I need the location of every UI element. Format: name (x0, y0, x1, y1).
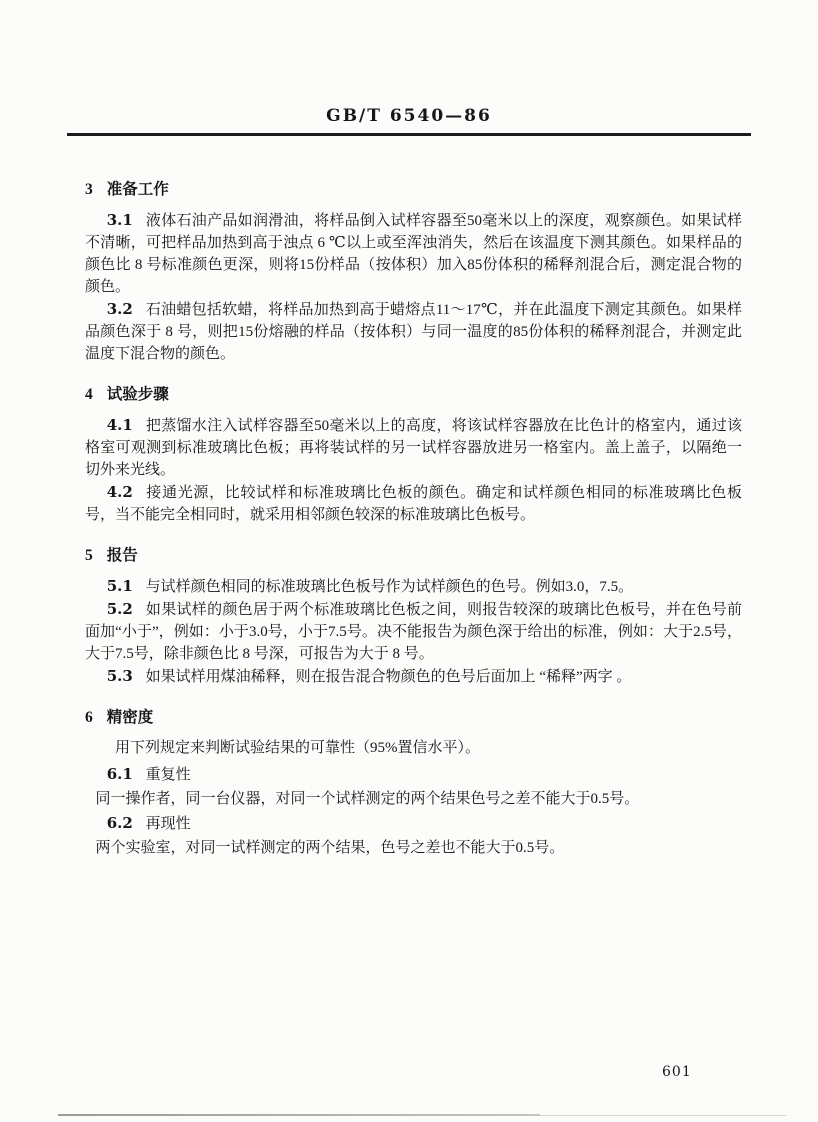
subsection-6-1-text: 同一操作者，同一台仪器，对同一个试样测定的两个结果色号之差不能大于0.5号。 (85, 788, 742, 810)
subsection-6-2-text: 两个实验室，对同一试样测定的两个结果，色号之差也不能大于0.5号。 (85, 837, 742, 859)
subsection-6-1-label: 6.1 (107, 765, 133, 783)
subsection-6-2-title: 再现性 (146, 816, 191, 832)
paragraph-4-2-label: 4.2 (107, 483, 133, 501)
paragraph-5-3: 5.3如果试样用煤油稀释，则在报告混合物颜色的色号后面加上 “稀释”两字 。 (85, 665, 742, 688)
paragraph-5-3-text: 如果试样用煤油稀释，则在报告混合物颜色的色号后面加上 “稀释”两字 。 (146, 669, 632, 685)
section-3-title: 准备工作 (107, 181, 169, 198)
paragraph-4-1-text: 把蒸馏水注入试样容器至50毫米以上的高度，将该试样容器放在比色计的格室内，通过该… (85, 418, 742, 478)
paragraph-5-3-label: 5.3 (107, 667, 133, 685)
paragraph-4-2: 4.2接通光源，比较试样和标准玻璃比色板的颜色。确定和试样颜色相同的标准玻璃比色… (85, 481, 742, 526)
document-page: GB/T 6540—86 3准备工作 3.1液体石油产品如润滑油，将样品倒入试样… (0, 0, 818, 1122)
paragraph-3-1-label: 3.1 (107, 211, 133, 229)
scan-artifact-line-faint (540, 1115, 786, 1116)
section-4-heading: 4试验步骤 (85, 385, 742, 405)
section-6-heading: 6精密度 (85, 708, 742, 728)
section-5-number: 5 (85, 547, 93, 564)
paragraph-5-2: 5.2如果试样的颜色居于两个标准玻璃比色板之间，则报告较深的玻璃比色板号，并在色… (85, 598, 742, 665)
paragraph-5-1: 5.1与试样颜色相同的标准玻璃比色板号作为试样颜色的色号。例如3.0，7.5。 (85, 575, 742, 598)
paragraph-5-2-label: 5.2 (107, 600, 133, 618)
section-preparation: 3准备工作 3.1液体石油产品如润滑油，将样品倒入试样容器至50毫米以上的深度，… (85, 180, 742, 365)
document-body: 3准备工作 3.1液体石油产品如润滑油，将样品倒入试样容器至50毫米以上的深度，… (0, 136, 818, 859)
section-5-heading: 5报告 (85, 546, 742, 566)
section-6-number: 6 (85, 709, 93, 726)
paragraph-3-2-label: 3.2 (107, 300, 133, 318)
subsection-6-1-title: 重复性 (146, 767, 191, 783)
paragraph-4-1-label: 4.1 (107, 416, 133, 434)
section-6-intro: 用下列规定来判断试验结果的可靠性（95%置信水平）。 (85, 737, 742, 759)
section-4-number: 4 (85, 386, 93, 403)
paragraph-3-1: 3.1液体石油产品如润滑油，将样品倒入试样容器至50毫米以上的深度，观察颜色。如… (85, 209, 742, 298)
paragraph-5-2-text: 如果试样的颜色居于两个标准玻璃比色板之间，则报告较深的玻璃比色板号，并在色号前面… (85, 602, 742, 662)
page-number: 601 (662, 1064, 692, 1080)
section-3-number: 3 (85, 181, 93, 198)
section-test-procedure: 4试验步骤 4.1把蒸馏水注入试样容器至50毫米以上的高度，将该试样容器放在比色… (85, 385, 742, 526)
paragraph-3-2: 3.2石油蜡包括软蜡，将样品加热到高于蜡熔点11～17℃，并在此温度下测定其颜色… (85, 298, 742, 365)
section-3-heading: 3准备工作 (85, 180, 742, 200)
section-5-title: 报告 (107, 547, 138, 564)
paragraph-4-1: 4.1把蒸馏水注入试样容器至50毫米以上的高度，将该试样容器放在比色计的格室内，… (85, 414, 742, 481)
document-header: GB/T 6540—86 (0, 0, 818, 136)
section-6-title: 精密度 (107, 709, 154, 726)
subsection-6-1-heading: 6.1重复性 (85, 763, 742, 786)
paragraph-3-1-text: 液体石油产品如润滑油，将样品倒入试样容器至50毫米以上的深度，观察颜色。如果试样… (85, 213, 742, 295)
scan-artifact-line (58, 1114, 540, 1116)
subsection-6-2-label: 6.2 (107, 814, 133, 832)
paragraph-5-1-label: 5.1 (107, 577, 133, 595)
standard-number: GB/T 6540—86 (0, 106, 818, 126)
section-precision: 6精密度 用下列规定来判断试验结果的可靠性（95%置信水平）。 6.1重复性 同… (85, 708, 742, 859)
subsection-6-2-heading: 6.2再现性 (85, 812, 742, 835)
section-report: 5报告 5.1与试样颜色相同的标准玻璃比色板号作为试样颜色的色号。例如3.0，7… (85, 546, 742, 688)
paragraph-5-1-text: 与试样颜色相同的标准玻璃比色板号作为试样颜色的色号。例如3.0，7.5。 (146, 579, 634, 595)
paragraph-3-2-text: 石油蜡包括软蜡，将样品加热到高于蜡熔点11～17℃，并在此温度下测定其颜色。如果… (85, 302, 742, 362)
section-4-title: 试验步骤 (107, 386, 169, 403)
paragraph-4-2-text: 接通光源，比较试样和标准玻璃比色板的颜色。确定和试样颜色相同的标准玻璃比色板号，… (85, 485, 742, 523)
